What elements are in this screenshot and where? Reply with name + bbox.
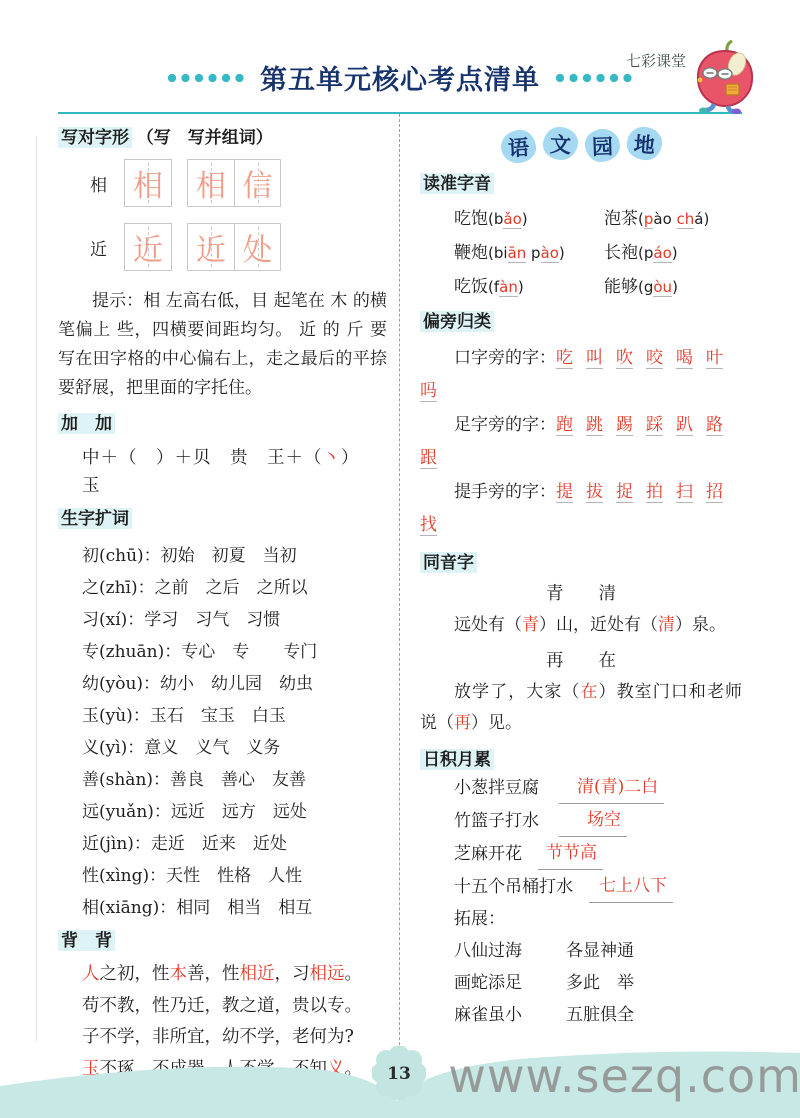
section-write-characters-heading: 写对字形 （写 写并组词） (58, 127, 387, 149)
pronunciation-item: 鞭炮(biān pào) (454, 241, 604, 265)
text-segment: ào (653, 210, 676, 228)
text-segment: 子不学，非所宜，幼不学，老何为? (82, 1027, 354, 1047)
page-number-badge: 13 (372, 1046, 426, 1100)
pron-word: 能够 (604, 277, 638, 297)
idiom-question: 小葱拌豆腐 (454, 772, 539, 804)
text-segment: 咬 (646, 348, 663, 369)
text-segment: (f (488, 278, 499, 296)
pron-word: 长袍 (604, 243, 638, 263)
text-segment: 吹 (616, 348, 633, 369)
garden-title-char: 地 (625, 126, 662, 161)
word-entry: 初(chū)：初始 初夏 当初 (58, 540, 387, 572)
radical-line: 提手旁的字：提拔捉拍扫招找 (420, 476, 742, 542)
add-equation: 中＋（ ）＋贝 贵 王＋（丶） 玉 (58, 444, 387, 500)
text-segment: 足字旁的字： (454, 415, 556, 435)
idiom-answer: 清(青)二白 (559, 771, 664, 804)
heading-highlight: 同音字 (420, 552, 477, 573)
section-accumulate-heading: 日积月累 (420, 749, 742, 771)
section-pronounce-heading: 读准字音 (420, 173, 742, 195)
extension-row: 麻雀虽小 五脏俱全 (420, 999, 742, 1031)
garden-title: 语 文 园 地 (420, 128, 742, 161)
practice-row: 近 近 近 处 (90, 223, 387, 271)
pron-pinyin: (bǎo) (488, 210, 528, 229)
recite-line: 苟不教，性乃迁，教之道，贵以专。 (58, 991, 387, 1023)
garden-title-char: 园 (584, 128, 620, 162)
radical-line: 足字旁的字：跑跳踢踩趴路跟 (420, 409, 742, 475)
text-segment: ) (559, 244, 565, 262)
page-header: 第五单元核心考点清单 七彩课堂 (0, 0, 800, 114)
section-homophones-heading: 同音字 (420, 552, 742, 574)
text-segment: ）泉。 (675, 615, 726, 635)
page-footer: 13 www.sezq.com (0, 1045, 800, 1118)
right-column: 语 文 园 地 读准字音 吃饱(bǎo) 泡茶(pào chá) 鞭炮(biān… (400, 114, 800, 1085)
section-radicals-heading: 偏旁归类 (420, 311, 742, 333)
pronunciation-item: 吃饭(fàn) (454, 275, 604, 299)
idiom-row: 竹篮子打水 场空 (420, 804, 742, 837)
practice-cell: 相 (188, 160, 234, 206)
practice-cell: 信 (234, 160, 280, 206)
text-segment: ch (677, 210, 695, 229)
ext-first: 八仙过海 (454, 935, 566, 967)
heading-highlight: 读准字音 (420, 173, 494, 194)
word-entry: 之(zhī)：之前 之后 之所以 (58, 572, 387, 604)
text-segment: 找 (420, 515, 437, 536)
text-segment: 趴 (676, 415, 693, 436)
text-segment: 喝 (676, 348, 693, 369)
ext-second: 五脏俱全 (566, 999, 634, 1031)
idiom-question: 竹篮子打水 (454, 805, 539, 837)
recite-line: 人之初，性本善，性相近，习相远。 (58, 959, 387, 991)
word-entry: 玉(yù)：玉石 宝玉 白玉 (58, 700, 387, 732)
homophone-pair: 青 清 (420, 579, 742, 610)
pron-pinyin: (gòu) (638, 278, 678, 297)
text-segment: áo (653, 244, 671, 263)
text-segment: 提 (556, 482, 573, 503)
pronunciation-item: 泡茶(pào chá) (604, 207, 742, 231)
writing-hint: 提示：相 左高右低，目 起笔在 木 的横笔偏上 些，四横要间距均匀。 近 的 斤… (58, 287, 387, 403)
text-segment: 本 (170, 964, 188, 984)
accumulation-section: 日积月累 小葱拌豆腐 清(青)二白 竹篮子打水 场空 芝麻开花 节节高 十五个吊… (420, 749, 742, 1031)
text-segment: ）山，近处有（ (539, 615, 658, 635)
extension-row: 八仙过海 各显神通 (420, 935, 742, 967)
page-title: 第五单元核心考点清单 (260, 58, 540, 97)
text-segment: p (526, 244, 540, 262)
pron-word: 吃饱 (454, 209, 488, 229)
text-segment: 相远 (310, 964, 345, 984)
dots-right-icon (554, 73, 634, 83)
text-segment: ) (672, 278, 678, 296)
word-entry: 性(xìng)：天性 性格 人性 (58, 860, 387, 892)
watermark: www.sezq.com (448, 1049, 800, 1103)
text-segment: á) (694, 210, 709, 228)
idiom-question: 芝麻开花 (454, 838, 522, 870)
text-segment: 人 (82, 964, 100, 984)
practice-box-single: 相 (124, 159, 172, 207)
pron-pinyin: (páo) (638, 244, 678, 263)
text-segment: 拔 (586, 482, 603, 503)
word-entry: 专(zhuān)：专心 专 专门 (58, 636, 387, 668)
text-segment: 踢 (616, 415, 633, 436)
heading-note: （写 写并组词） (137, 128, 273, 147)
left-column: 写对字形 （写 写并组词） 相 相 相 信 (0, 114, 400, 1085)
idiom-row: 十五个吊桶打水 七上八下 (420, 870, 742, 903)
text-segment: 踩 (646, 415, 663, 436)
text-segment: 招 (706, 482, 723, 503)
text-segment: 中＋（ ）＋贝 贵 王＋（ (82, 448, 323, 468)
pron-word: 泡茶 (604, 209, 638, 229)
text-segment: (b (488, 210, 503, 228)
idiom-answer: 七上八下 (589, 870, 673, 903)
text-segment: ) (672, 244, 678, 262)
heading-highlight: 背 背 (58, 930, 115, 951)
homophone-sentence: 远处有（青）山，近处有（清）泉。 (420, 610, 742, 641)
brand-label: 七彩课堂 (626, 50, 686, 71)
text-segment: 口字旁的字： (454, 348, 556, 368)
apple-mascot-icon (690, 40, 760, 118)
homophone-sentence: 放学了，大家（在）教室门口和老师说（再）见。 (420, 677, 742, 739)
heading-highlight: 加 加 (58, 413, 115, 434)
text-segment: 提手旁的字： (454, 482, 556, 502)
text-segment: ，习 (275, 964, 310, 984)
heading-highlight: 写对字形 (58, 127, 132, 148)
idiom-answer: 场空 (559, 804, 627, 837)
text-segment: àn (499, 278, 518, 297)
practice-cell: 近 (188, 224, 234, 270)
text-segment: ) (522, 210, 528, 228)
page-spine-line (36, 136, 37, 1041)
trace-character: 近 (196, 225, 226, 269)
idiom-question: 十五个吊桶打水 (454, 871, 573, 903)
text-segment: 吃 (556, 348, 573, 369)
text-segment: 青 (522, 615, 539, 635)
text-segment: 清 (658, 615, 675, 635)
heading-highlight: 生字扩词 (58, 508, 132, 529)
pron-word: 鞭炮 (454, 243, 488, 263)
pronunciation-item: 吃饱(bǎo) (454, 207, 604, 231)
text-segment: 善，性 (187, 964, 240, 984)
writing-practice: 相 相 相 信 近 (58, 159, 387, 271)
ext-first: 画蛇添足 (454, 967, 566, 999)
practice-row: 相 相 相 信 (90, 159, 387, 207)
pronunciation-item: 长袍(páo) (604, 241, 742, 265)
text-segment: 跟 (420, 448, 437, 469)
heading-highlight: 日积月累 (420, 749, 494, 770)
practice-cell: 相 (125, 160, 171, 206)
text-segment: 。 (345, 964, 363, 984)
practice-box-pair: 相 信 (187, 159, 281, 207)
ext-second: 各显神通 (566, 935, 634, 967)
text-segment: 跑 (556, 415, 573, 436)
idiom-row: 芝麻开花 节节高 (420, 837, 742, 870)
section-add-heading: 加 加 (58, 413, 387, 435)
idiom-answer: 节节高 (538, 837, 603, 870)
practice-box-pair: 近 处 (187, 223, 281, 271)
word-entry: 善(shàn)：善良 善心 友善 (58, 764, 387, 796)
text-segment: 在 (580, 682, 598, 702)
header-divider (58, 112, 742, 114)
extension-row: 画蛇添足 多此 举 (420, 967, 742, 999)
text-segment: ǎo (503, 210, 521, 229)
trace-character: 近 (133, 225, 163, 269)
text-segment: 叶 (706, 348, 723, 369)
practice-cell: 处 (234, 224, 280, 270)
text-segment: 吗 (420, 381, 437, 402)
text-segment: (g (638, 278, 653, 296)
text-segment: 路 (706, 415, 723, 436)
text-segment: p (644, 210, 654, 229)
trace-character: 相 (196, 161, 226, 205)
word-entry: 远(yuǎn)：远近 远方 远处 (58, 796, 387, 828)
text-segment: (p (638, 244, 653, 262)
pronunciation-item: 能够(gòu) (604, 275, 742, 299)
text-segment: 拍 (646, 482, 663, 503)
ext-first: 麻雀虽小 (454, 999, 566, 1031)
word-entry: 义(yì)：意义 义气 义务 (58, 732, 387, 764)
practice-cell: 近 (125, 224, 171, 270)
text-segment: ān (508, 244, 527, 263)
pron-pinyin: (biān pào) (488, 244, 565, 263)
radical-line: 口字旁的字：吃叫吹咬喝叶吗 (420, 342, 742, 408)
homophones-section: 同音字 青 清 远处有（青）山，近处有（清）泉。 再 在 放学了，大家（在）教室… (420, 552, 742, 739)
text-segment: 捉 (616, 482, 633, 503)
text-segment: 相近 (240, 964, 275, 984)
text-segment: ) (518, 278, 524, 296)
pron-word: 吃饭 (454, 277, 488, 297)
section-recite-heading: 背 背 (58, 930, 387, 952)
text-segment: 扫 (676, 482, 693, 503)
dots-left-icon (166, 73, 246, 83)
text-segment: 跳 (586, 415, 603, 436)
word-entry: 近(jìn)：走近 近来 近处 (58, 828, 387, 860)
expand-word-list: 初(chū)：初始 初夏 当初之(zhī)：之前 之后 之所以习(xí)：学习 … (58, 540, 387, 924)
homophone-pair: 再 在 (420, 646, 742, 677)
garden-title-char: 语 (499, 129, 536, 164)
practice-label: 相 (90, 171, 124, 196)
text-segment: 苟不教，性乃迁，教之道，贵以专。 (82, 996, 362, 1016)
trace-character: 信 (243, 161, 273, 205)
text-segment: òu (653, 278, 672, 297)
page-number: 13 (387, 1064, 411, 1084)
text-segment: 丶 (323, 448, 342, 468)
text-segment: 远处有（ (454, 615, 522, 635)
section-expand-words-heading: 生字扩词 (58, 508, 387, 530)
radical-groups: 口字旁的字：吃叫吹咬喝叶吗足字旁的字：跑跳踢踩趴路跟提手旁的字：提拔捉拍扫招找 (420, 342, 742, 542)
idiom-row: 小葱拌豆腐 清(青)二白 (420, 771, 742, 804)
garden-title-char: 文 (542, 126, 579, 161)
pronunciation-grid: 吃饱(bǎo) 泡茶(pào chá) 鞭炮(biān pào) 长袍(páo)… (420, 207, 742, 299)
text-segment: ( (638, 210, 644, 228)
practice-box-single: 近 (124, 223, 172, 271)
text-segment: (bi (488, 244, 508, 262)
word-entry: 幼(yòu)：幼小 幼儿园 幼虫 (58, 668, 387, 700)
text-segment: 再 (454, 713, 471, 733)
extension-label: 拓展： (420, 903, 742, 935)
text-segment: 之初，性 (100, 964, 170, 984)
practice-label: 近 (90, 235, 124, 260)
trace-character: 处 (243, 225, 273, 269)
pron-pinyin: (pào chá) (638, 210, 709, 229)
ext-second: 多此 举 (566, 967, 634, 999)
text-segment: 叫 (586, 348, 603, 369)
heading-highlight: 偏旁归类 (420, 311, 494, 332)
trace-character: 相 (133, 161, 163, 205)
text-segment: 放学了，大家（ (454, 682, 580, 702)
word-entry: 相(xiāng)：相同 相当 相互 (58, 892, 387, 924)
content-columns: 写对字形 （写 写并组词） 相 相 相 信 (0, 114, 800, 1085)
word-entry: 习(xí)：学习 习气 习惯 (58, 604, 387, 636)
text-segment: ）见。 (471, 713, 522, 733)
text-segment: ào (541, 244, 559, 263)
pron-pinyin: (fàn) (488, 278, 524, 297)
